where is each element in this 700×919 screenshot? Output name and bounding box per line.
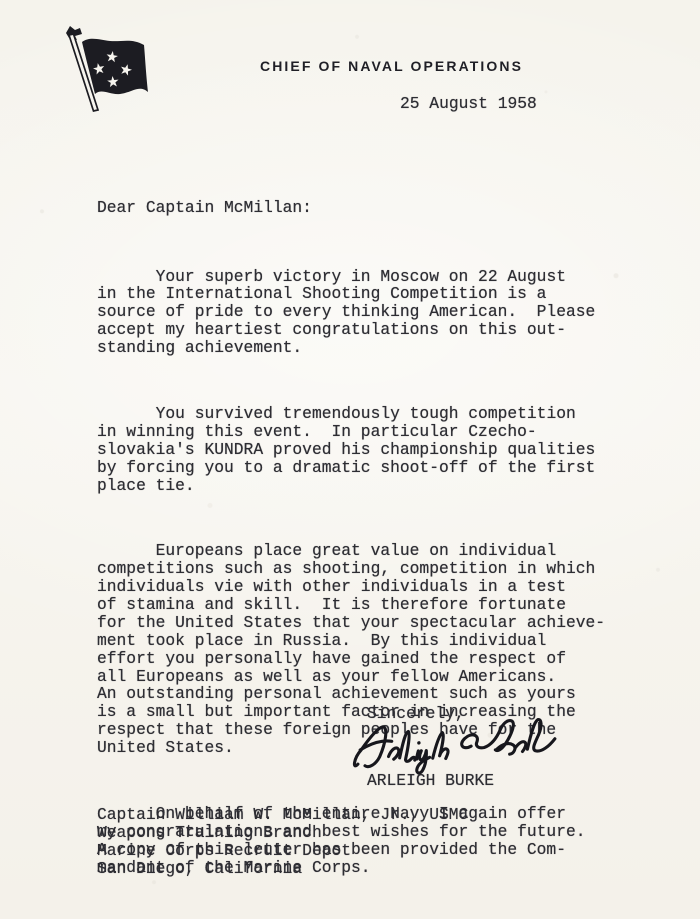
letter-paragraph-2: You survived tremendously tough competit… xyxy=(97,405,642,495)
salutation: Dear Captain McMillan: xyxy=(97,199,642,217)
letterhead-title: CHIEF OF NAVAL OPERATIONS xyxy=(260,58,523,74)
signer-typed-name: ARLEIGH BURKE xyxy=(367,772,494,790)
recipient-address: Captain William W. McMillan, Jr., USMC W… xyxy=(97,806,468,878)
scanned-letter-page: CHIEF OF NAVAL OPERATIONS 25 August 1958… xyxy=(0,0,700,919)
letter-paragraph-1: Your superb victory in Moscow on 22 Augu… xyxy=(97,268,642,358)
letterhead-date: 25 August 1958 xyxy=(400,95,537,113)
four-star-admiral-flag-icon xyxy=(56,26,152,118)
